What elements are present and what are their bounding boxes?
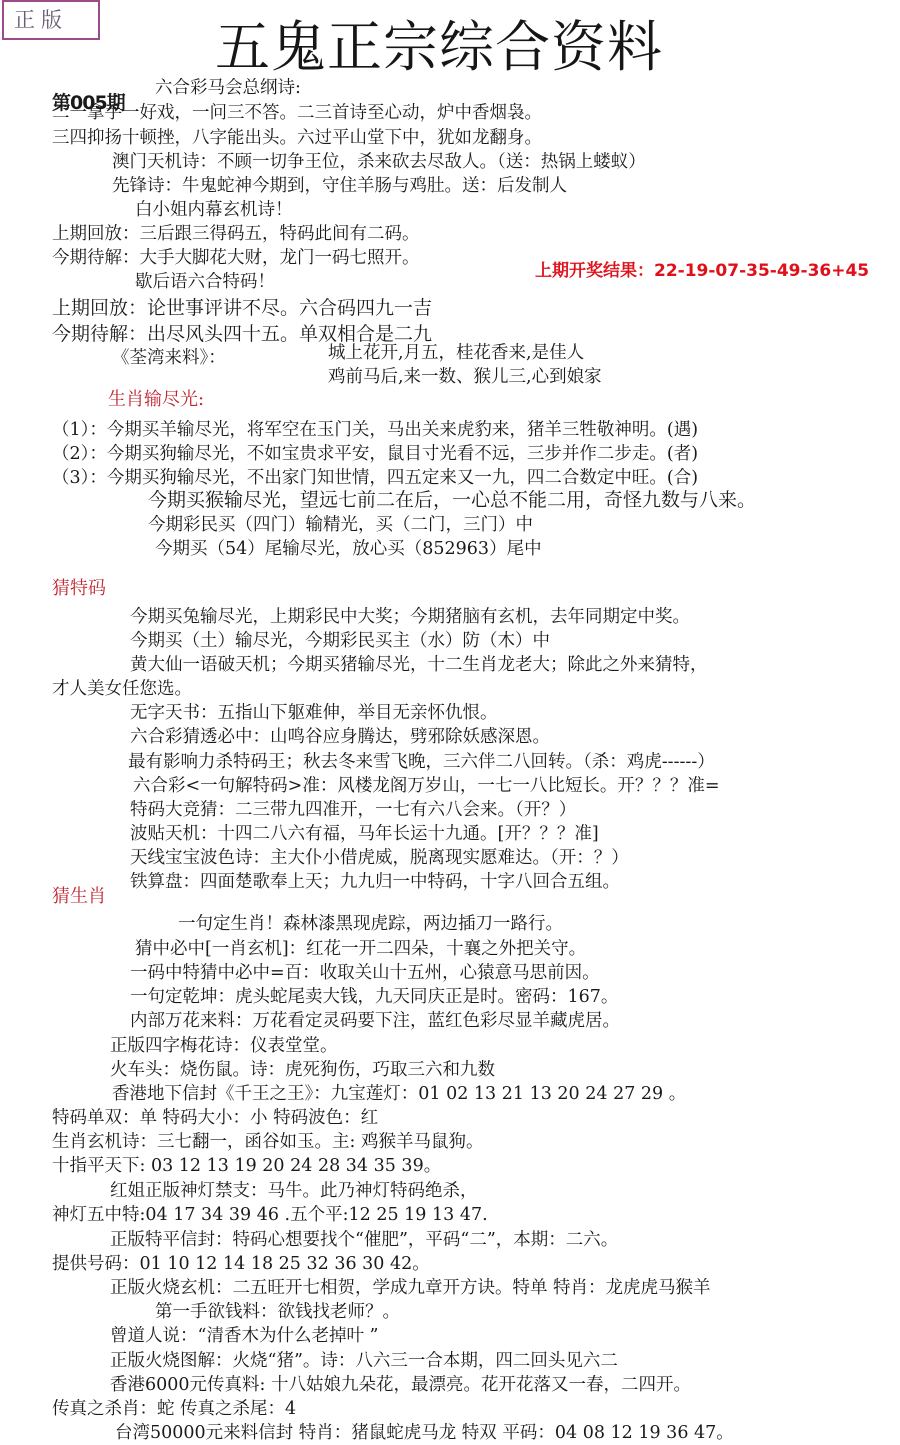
section-heading: 猜生肖 bbox=[52, 885, 106, 909]
text-line: 上期回放：论世事评讲不尽。六合码四九一吉 bbox=[52, 296, 432, 320]
text-line: 香港地下信封《千王之王》：九宝莲灯：01 02 13 21 13 20 24 2… bbox=[112, 1082, 686, 1106]
text-line: 先锋诗：牛鬼蛇神今期到，守住羊肠与鸡肚。送：后发制人 bbox=[112, 174, 567, 198]
text-line: 特码单双：单 特码大小：小 特码波色：红 bbox=[52, 1106, 378, 1130]
text-line: 一码中特猜中必中=百：收取关山十五州，心猿意马思前因。 bbox=[130, 961, 600, 985]
text-line: 今期买（土）输尽光，今期彩民买主（水）防（木）中 bbox=[130, 629, 550, 653]
text-line: 一句定乾坤：虎头蛇尾卖大钱，九天同庆正是时。密码：167。 bbox=[130, 985, 618, 1009]
text-line: 香港6000元传真料: 十八姑娘九朵花，最漂亮。花开花落又一春，二四开。 bbox=[110, 1373, 691, 1397]
text-line: 天线宝宝波色诗：主大仆小借虎威，脱离现实愿难达。（开：？） bbox=[130, 846, 629, 870]
text-line: 城上花开,月五，桂花香来,是佳人 bbox=[328, 341, 584, 365]
text-line: 铁算盘：四面楚歌奉上天；九九归一中特码，十字八回合五组。 bbox=[130, 870, 620, 894]
text-line: 猜中必中[一肖玄机]：红花一开二四朵，十襄之外把关守。 bbox=[135, 937, 586, 961]
text-line: 白小姐内幕玄机诗！ bbox=[135, 198, 293, 222]
text-line: 内部万花来料：万花看定灵码要下注，蓝红色彩尽显羊藏虎居。 bbox=[130, 1009, 620, 1033]
text-line: 正版特平信封：特码心想要找个“催肥”，平码“二”，本期：二六。 bbox=[110, 1228, 618, 1252]
text-line: 今期买（54）尾输尽光，放心买（852963）尾中 bbox=[155, 537, 542, 561]
text-line: 火车头：烧伤鼠。诗：虎死狗伤，巧取三六和九数 bbox=[110, 1058, 495, 1082]
text-line: 一句定生肖！森林漆黑现虎踪，两边插刀一路行。 bbox=[178, 912, 563, 936]
text-line: 二一拿手一好戏，一问三不答。二三首诗至心动，炉中香烟袅。 bbox=[52, 101, 542, 125]
text-line: 正版火烧玄机：二五旺开七相贺，学成九章开方诀。特单 特肖：龙虎虎马猴羊 bbox=[110, 1276, 711, 1300]
text-line: 《荃湾来料》： bbox=[112, 346, 226, 370]
text-line: 传真之杀肖：蛇 传真之杀尾：4 bbox=[52, 1397, 296, 1421]
text-line: 正版四字梅花诗：仪表堂堂。 bbox=[110, 1034, 338, 1058]
text-line: 提供号码：01 10 12 14 18 25 32 36 30 42。 bbox=[52, 1252, 430, 1276]
text-line: 生肖玄机诗：三七翻一，函谷如玉。主: 鸡猴羊马鼠狗。 bbox=[52, 1130, 483, 1154]
text-line: 红姐正版神灯禁支：马牛。此乃神灯特码绝杀， bbox=[110, 1179, 478, 1203]
section-heading: 猜特码 bbox=[52, 577, 106, 601]
text-line: 六合彩猜透必中：山鸣谷应身腾达，劈邪除妖感深恩。 bbox=[130, 725, 550, 749]
text-line: 六合彩马会总纲诗: bbox=[155, 76, 301, 100]
text-line: 无字天书：五指山下躯难伸，举目无亲怀仇恨。 bbox=[130, 701, 498, 725]
text-line: 三四抑扬十顿挫，八字能出头。六过平山堂下中，犹如龙翻身。 bbox=[52, 126, 542, 150]
text-line: （1）：今期买羊输尽光，将军空在玉门关，马出关来虎豹来，猪羊三牲敬神明。(遇) bbox=[52, 418, 698, 442]
page-title: 五鬼正宗综合资料 bbox=[215, 12, 663, 82]
text-line: 今期彩民买（四门）输精光，买（二门，三门）中 bbox=[148, 513, 533, 537]
text-line: 六合彩<一句解特码>准：风楼龙阁万岁山，一七一八比短长。开？？？准= bbox=[133, 774, 720, 798]
text-line: 今期待解：大手大脚花大财，龙门一码七照开。 bbox=[52, 246, 420, 270]
text-line: （2）：今期买狗输尽光，不如宝贵求平安，鼠目寸光看不远，三步并作二步走。(者) bbox=[52, 442, 698, 466]
section-heading: 生肖输尽光: bbox=[108, 388, 204, 412]
text-line: 最有影响力杀特码王；秋去冬来雪飞晚，三六伴二八回转。（杀：鸡虎------） bbox=[128, 750, 715, 774]
text-line: 今期买猴输尽光，望远七前二在后，一心总不能二用，奇怪九数与八来。 bbox=[148, 488, 756, 512]
text-line: 正版火烧图解：火烧“猪”。诗：八六三一合本期，四二回头见六二 bbox=[110, 1349, 618, 1373]
text-line: 才人美女任您选。 bbox=[52, 677, 192, 701]
text-line: 曾道人说：“清香木为什么老掉叶 ” bbox=[110, 1324, 378, 1348]
last-draw-result: 上期开奖结果：22-19-07-35-49-36+45 bbox=[535, 256, 869, 281]
text-line: 台湾50000元来料信封 特肖：猪鼠蛇虎马龙 特双 平码：04 08 12 19… bbox=[115, 1421, 734, 1445]
text-line: 第一手欲钱料：欲钱找老师？。 bbox=[155, 1300, 400, 1324]
text-line: （3）：今期买狗输尽光，不出家门知世情，四五定来又一九，四二合数定中旺。(合) bbox=[52, 466, 698, 490]
text-line: 歇后语六合特码！ bbox=[135, 270, 275, 294]
text-line: 今期买兔输尽光，上期彩民中大奖；今期猪脑有玄机，去年同期定中奖。 bbox=[130, 605, 690, 629]
text-line: 澳门天机诗：不顾一切争王位，杀来砍去尽敌人。（送：热锅上蝼蚁） bbox=[112, 150, 646, 174]
authentic-badge: 正版 bbox=[2, 0, 100, 40]
text-line: 特码大竞猜：二三带九四准开，一七有六八会来。（开？） bbox=[130, 798, 576, 822]
text-line: 十指平天下: 03 12 13 19 20 24 28 34 35 39。 bbox=[52, 1154, 441, 1178]
text-line: 鸡前马后,来一数、猴儿三,心到娘家 bbox=[328, 365, 602, 389]
text-line: 神灯五中特:04 17 34 39 46 .五个平:12 25 19 13 47… bbox=[52, 1203, 488, 1227]
text-line: 黄大仙一语破天机；今期买猪输尽光，十二生肖龙老大；除此之外来猜特， bbox=[130, 653, 708, 677]
text-line: 上期回放：三后跟三得码五，特码此间有二码。 bbox=[52, 222, 420, 246]
text-line: 波贴天机：十四二八六有福，马年长运十九通。[开？？？准] bbox=[130, 822, 599, 846]
